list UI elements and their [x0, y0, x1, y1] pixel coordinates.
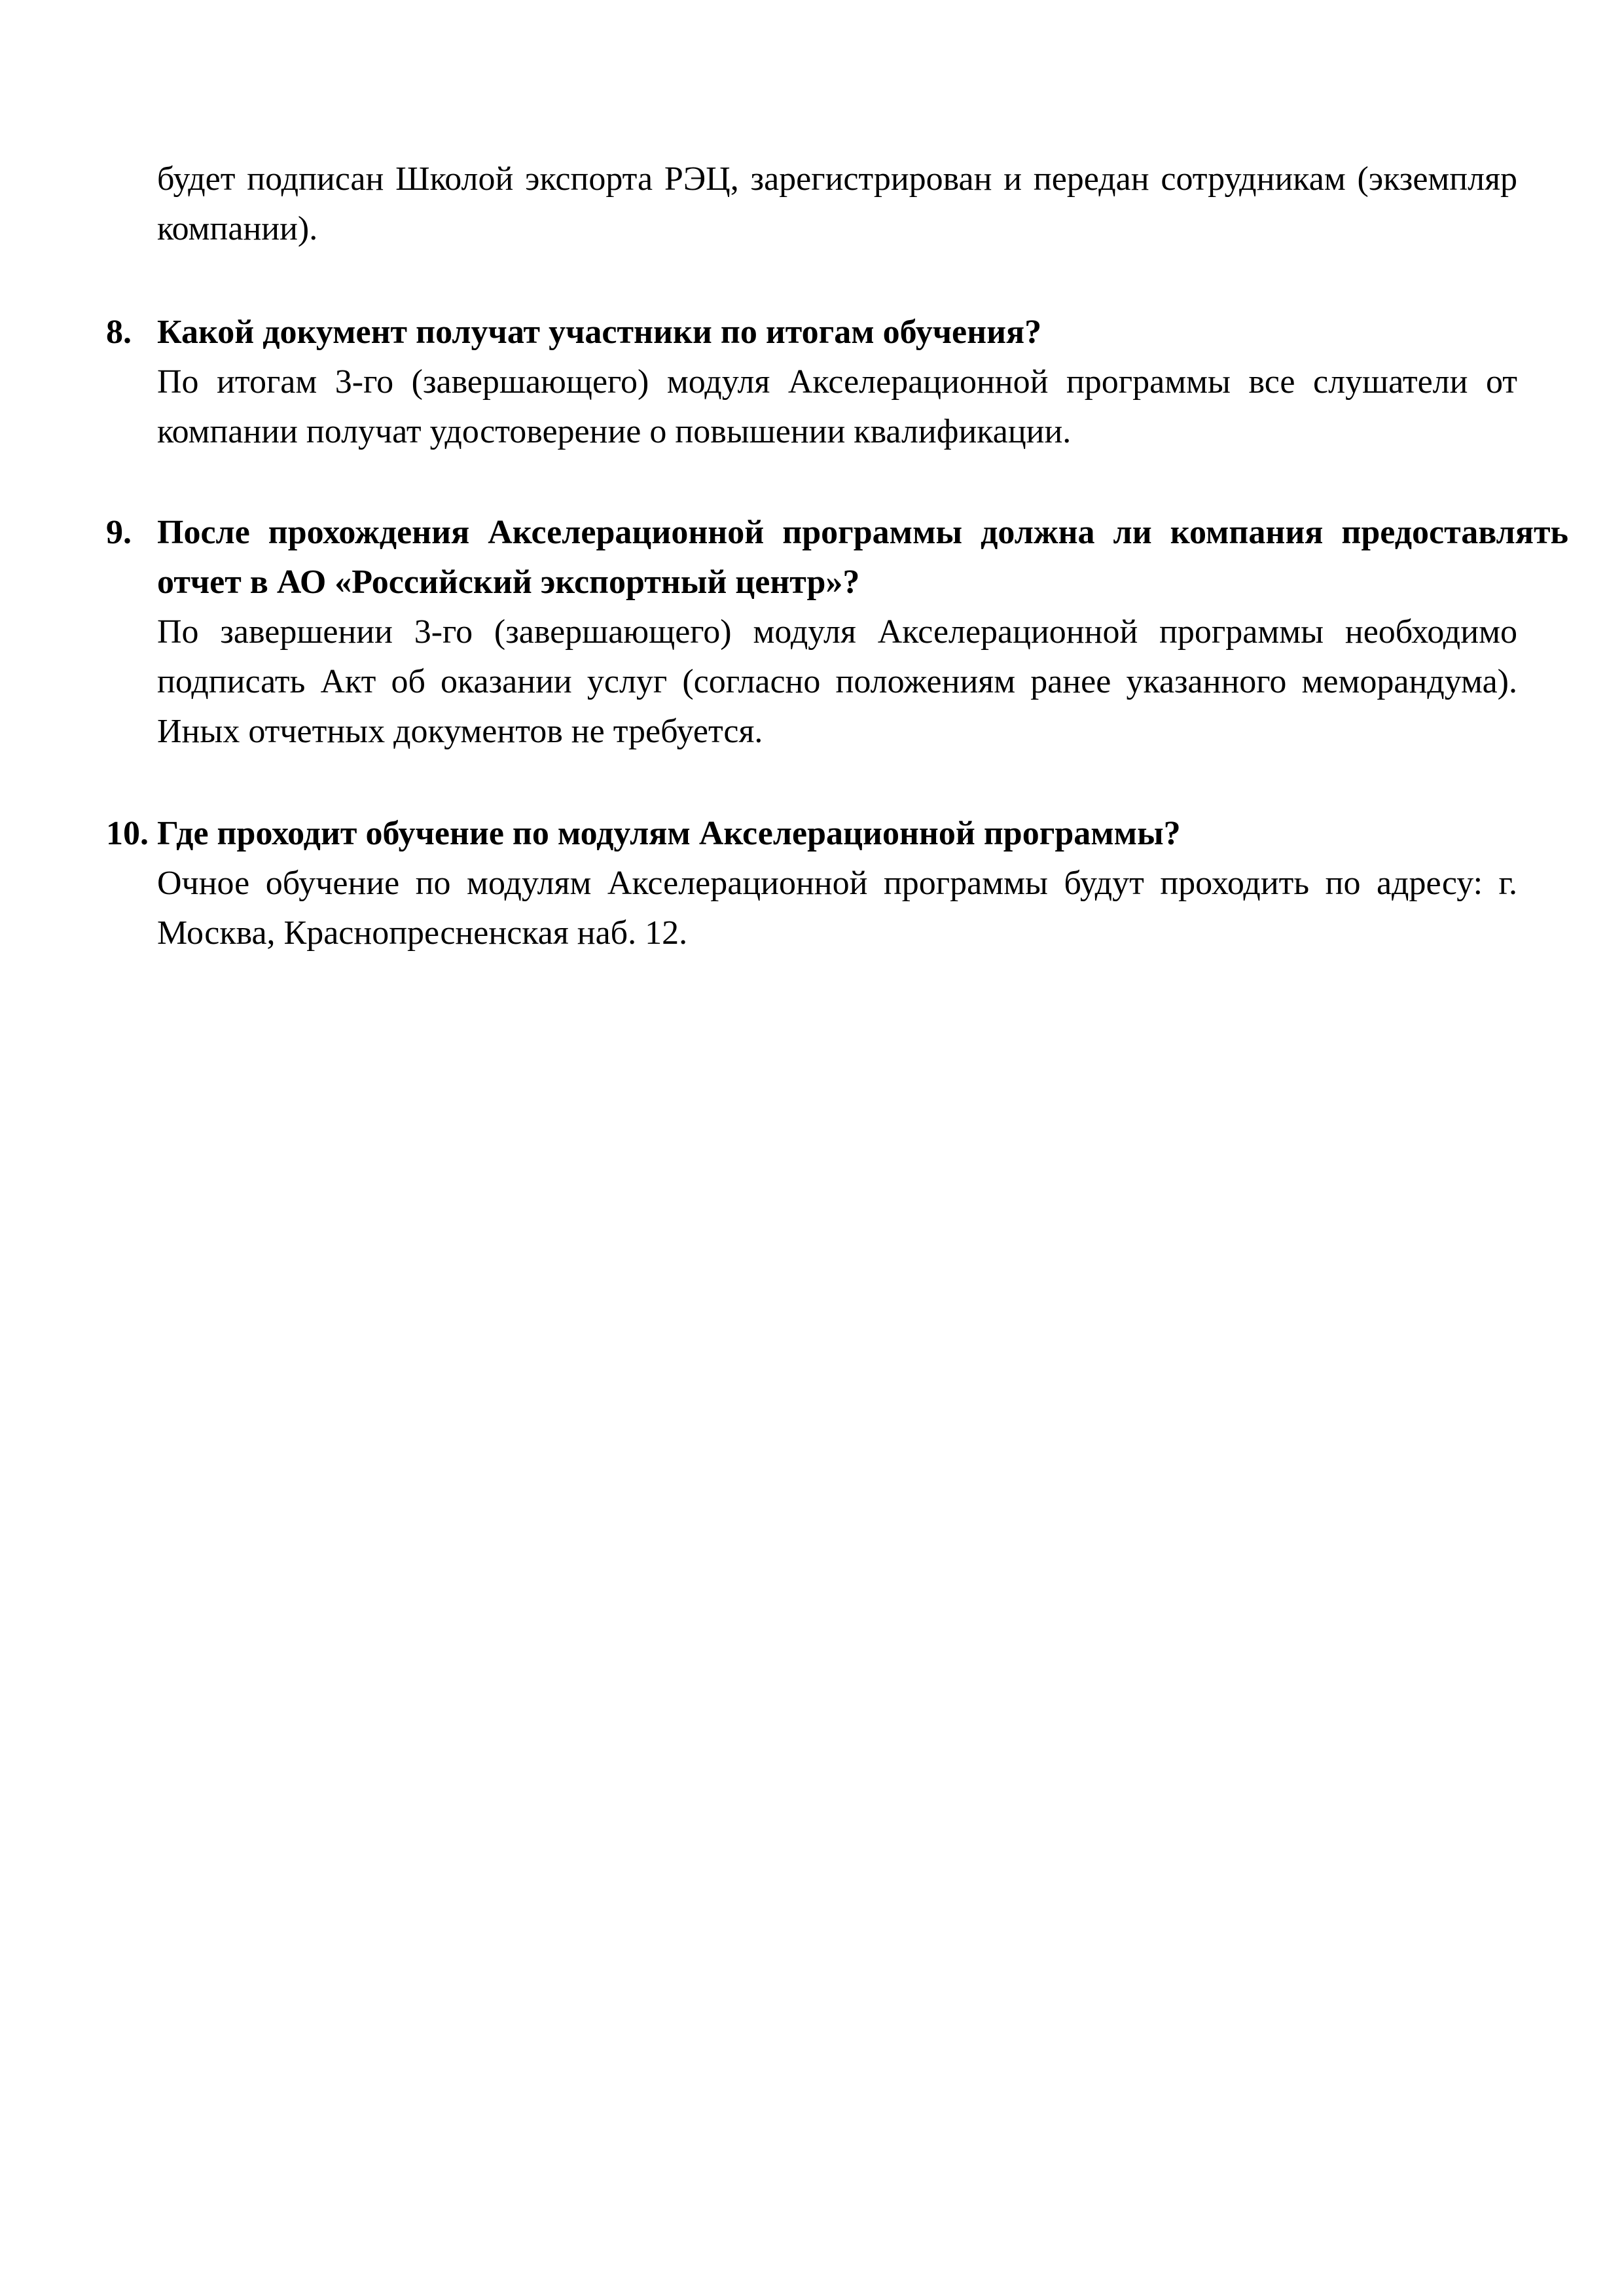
question-text: Где проходит обучение по модулям Акселер…	[157, 815, 1181, 852]
answer-8: По итогам 3-го (завершающего) модуля Акс…	[157, 357, 1517, 457]
question-number: 10.	[106, 809, 157, 859]
question-text: Какой документ получат участники по итог…	[157, 314, 1041, 351]
question-number: 8.	[106, 308, 157, 357]
answer-9: По завершении 3-го (завершающего) модуля…	[157, 607, 1517, 757]
document-page: будет подписан Школой экспорта РЭЦ, заре…	[0, 0, 1624, 2296]
question-8: 8.Какой документ получат участники по ит…	[106, 308, 1517, 357]
question-9: 9.После прохождения Акселерационной прог…	[106, 508, 1568, 607]
answer-10: Очное обучение по модулям Акселерационно…	[157, 859, 1517, 958]
question-text: После прохождения Акселерационной програ…	[157, 514, 1568, 601]
question-number: 9.	[106, 508, 157, 558]
question-10: 10.Где проходит обучение по модулям Аксе…	[106, 809, 1517, 859]
continuation-paragraph: будет подписан Школой экспорта РЭЦ, заре…	[157, 154, 1517, 254]
